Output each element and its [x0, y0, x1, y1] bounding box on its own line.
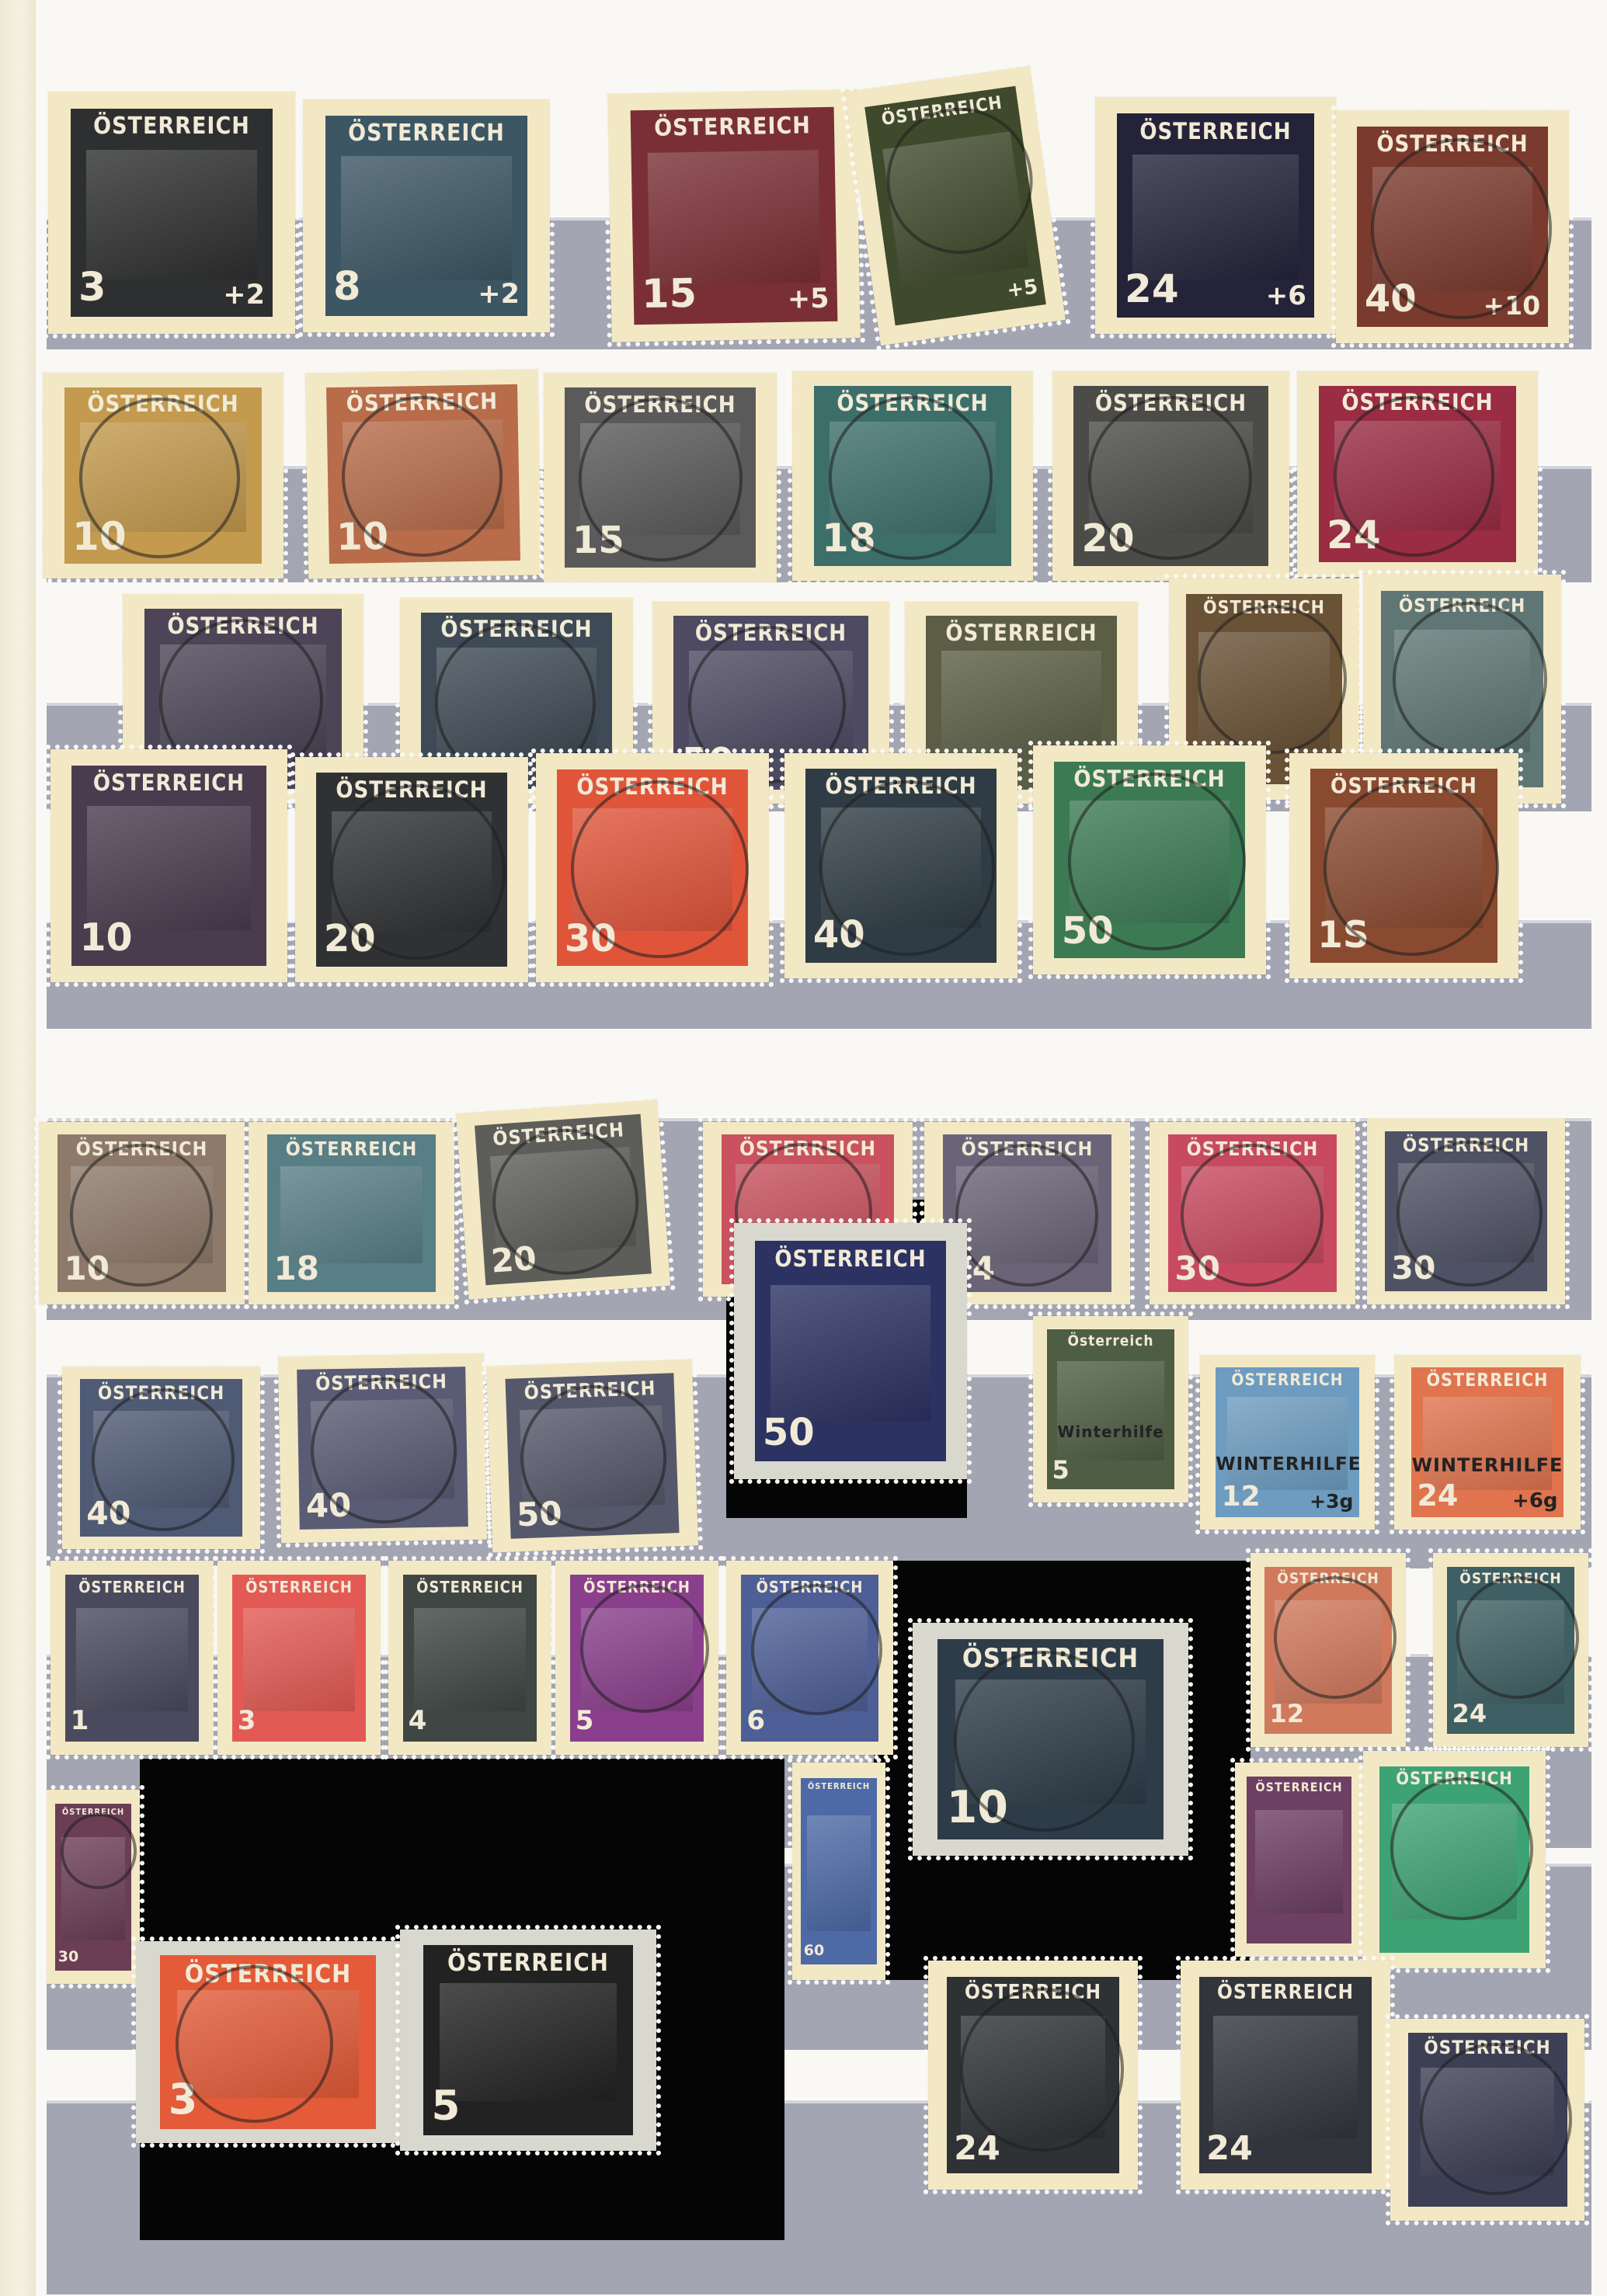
stamp-country-label: ÖSTERREICH: [64, 391, 262, 417]
stamp-vignette: [332, 811, 492, 932]
stamp-design: ÖSTERREICH5: [570, 1575, 704, 1742]
stamp-country-label: ÖSTERREICH: [160, 1959, 377, 1989]
stamp-design: ÖSTERREICH24: [1319, 386, 1516, 563]
stamp[interactable]: ÖSTERREICH60: [792, 1763, 885, 1980]
stamp[interactable]: ÖSTERREICH40+10: [1336, 110, 1569, 343]
stamp-vignette: [520, 1405, 665, 1509]
stamp-country-label: ÖSTERREICH: [297, 1370, 466, 1395]
stamp[interactable]: ÖSTERREICH20: [1052, 371, 1289, 581]
stamp-design: ÖSTERREICH50: [1054, 762, 1245, 959]
stamp-denomination: 6: [746, 1705, 765, 1736]
stamp-country-label: ÖSTERREICH: [1411, 1370, 1564, 1391]
stamp-vignette: [177, 1990, 359, 2098]
stamp-design: ÖSTERREICH50: [755, 1241, 946, 1461]
stamp-denomination: 3: [78, 265, 106, 311]
stamp[interactable]: ÖSTERREICH15: [544, 373, 777, 582]
stamp-vignette: [160, 644, 326, 756]
stamp-vignette: [807, 1815, 871, 1931]
stamp-design: ÖSTERREICH30: [1168, 1134, 1337, 1291]
stamp[interactable]: ÖSTERREICH24: [1297, 371, 1538, 577]
stamp-surcharge: +6g: [1512, 1489, 1558, 1513]
stamp-design: ÖSTERREICH: [1408, 2033, 1567, 2207]
stamp[interactable]: ÖSTERREICH10: [305, 369, 542, 578]
stamp-denomination: 24: [954, 2129, 1000, 2168]
stamp-design: ÖSTERREICH40: [80, 1379, 242, 1536]
stamp[interactable]: ÖSTERREICH40: [278, 1353, 487, 1544]
stamp-design: ÖSTERREICH24+6: [1117, 113, 1314, 317]
stamp-design: ÖSTERREICH18: [267, 1134, 436, 1291]
stamp-design: ÖSTERREICH10: [57, 1134, 226, 1291]
stamp-country-label: ÖSTERREICH: [570, 1578, 704, 1596]
stamp-vignette: [1227, 1397, 1348, 1490]
stamp-vignette: [1070, 801, 1230, 922]
stamp-vignette: [882, 131, 1028, 284]
stamp-denomination: 40: [86, 1495, 130, 1532]
stamp-country-label: ÖSTERREICH: [805, 773, 997, 799]
stamp-denomination: 4: [409, 1705, 427, 1736]
stamp-country-label: ÖSTERREICH: [1357, 130, 1548, 157]
stamp-design: ÖSTERREICH6: [741, 1575, 878, 1742]
stamp[interactable]: ÖSTERREICH20: [295, 757, 528, 982]
stamp-vignette: [440, 1983, 616, 2101]
stamp-country-label: Österreich: [1047, 1332, 1174, 1349]
stamp[interactable]: ÖSTERREICH18: [792, 371, 1033, 581]
stamp-denomination: 18: [274, 1249, 319, 1287]
stamp[interactable]: ÖSTERREICH3+2: [48, 92, 295, 334]
stamp-country-label: ÖSTERREICH: [673, 620, 868, 646]
stamp-design: ÖSTERREICH24+6gWINTERHILFE: [1411, 1367, 1564, 1518]
stamp-design: ÖSTERREICH20: [1073, 386, 1268, 566]
stamp-design: Österreich5Winterhilfe: [1047, 1329, 1174, 1489]
stamp-vignette: [770, 1285, 931, 1422]
stamp[interactable]: ÖSTERREICH3: [217, 1561, 381, 1755]
stamp-country-label: ÖSTERREICH: [1073, 390, 1268, 416]
stamp-design: ÖSTERREICH30: [1385, 1131, 1547, 1291]
stamp-vignette: [1457, 1600, 1564, 1704]
stamp-country-label: ÖSTERREICH: [1264, 1570, 1392, 1587]
stamp-design: ÖSTERREICH24: [1199, 1977, 1371, 2174]
stamp-surcharge: +6: [1266, 280, 1306, 311]
stamp[interactable]: ÖSTERREICH6: [726, 1561, 893, 1755]
stamp-denomination: 20: [324, 917, 376, 960]
stamp-vignette: [87, 806, 250, 930]
stamp-vignette: [647, 151, 820, 286]
stamp-country-label: ÖSTERREICH: [475, 1117, 642, 1151]
stamp-country-label: ÖSTERREICH: [722, 1138, 893, 1161]
stamp-vignette: [341, 156, 511, 280]
stamp-design: ÖSTERREICH1S: [1310, 769, 1498, 962]
stamp-design: ÖSTERREICH3: [160, 1955, 377, 2129]
stamp-surcharge: +2: [223, 280, 265, 311]
stamp-vignette: [1372, 167, 1533, 291]
stamp-design: ÖSTERREICH50: [505, 1373, 679, 1539]
stamp-denomination: 30: [1391, 1249, 1435, 1287]
stamp-denomination: 40: [305, 1486, 351, 1525]
stamp-country-label: ÖSTERREICH: [755, 1245, 946, 1272]
stamp-denomination: 20: [489, 1239, 537, 1280]
stamp-country-label: ÖSTERREICH: [505, 1376, 674, 1405]
stamp-country-label: ÖSTERREICH: [423, 1949, 634, 1977]
stamp-country-label: ÖSTERREICH: [65, 1578, 199, 1596]
stamp-country-label: ÖSTERREICH: [565, 391, 756, 418]
album-binding: [0, 0, 37, 2296]
stamp[interactable]: ÖSTERREICH30: [536, 753, 769, 982]
stamp-vignette: [76, 1608, 189, 1711]
stamp-design: ÖSTERREICH: [1247, 1777, 1351, 1943]
stamp-country-label: ÖSTERREICH: [1216, 1370, 1359, 1389]
stamp-surcharge: +5: [1006, 276, 1040, 303]
stamp-design: ÖSTERREICH8+2: [325, 116, 528, 316]
stamp-design: ÖSTERREICH1: [65, 1575, 199, 1742]
stamp-design: ÖSTERREICH40: [297, 1367, 468, 1530]
stamp-denomination: 24: [1327, 512, 1381, 558]
stamp-country-label: ÖSTERREICH: [1447, 1570, 1574, 1587]
stamp[interactable]: ÖSTERREICH: [1235, 1763, 1363, 1957]
stamp-vignette: [1057, 1361, 1164, 1461]
stamp[interactable]: ÖSTERREICH12+3gWINTERHILFE: [1200, 1355, 1375, 1530]
strip-edge: [47, 1117, 1591, 1121]
stamp-denomination: 10: [64, 1249, 110, 1287]
stamp[interactable]: ÖSTERREICH10: [913, 1623, 1188, 1856]
stamp[interactable]: ÖSTERREICH1: [50, 1561, 214, 1755]
stamp-denomination: 15: [572, 519, 624, 562]
stamp-denomination: 24: [1452, 1699, 1487, 1728]
stamp-denomination: 40: [813, 913, 865, 957]
stamp-country-label: ÖSTERREICH: [947, 1981, 1118, 2004]
stamp-denomination: 8: [333, 264, 361, 310]
stamp[interactable]: ÖSTERREICH24+6gWINTERHILFE: [1394, 1355, 1581, 1530]
stamp-vignette: [437, 648, 597, 757]
stamp-design: ÖSTERREICH24: [943, 1134, 1111, 1291]
stamp[interactable]: ÖSTERREICH1S: [1289, 753, 1518, 978]
stamp-design: ÖSTERREICH10: [64, 387, 262, 564]
stamp-country-label: ÖSTERREICH: [937, 1643, 1164, 1674]
stamp-denomination: 20: [1081, 516, 1134, 561]
stamp-country-label: ÖSTERREICH: [1379, 1770, 1529, 1789]
stamp-design: ÖSTERREICH40: [805, 769, 997, 962]
stamp-vignette: [1423, 1397, 1551, 1490]
stamp-vignette: [1132, 155, 1299, 281]
stamp-design: ÖSTERREICH30: [55, 1804, 131, 1971]
stamp-vignette: [961, 2016, 1105, 2138]
stamp[interactable]: ÖSTERREICH10: [50, 749, 287, 982]
stamp-design: ÖSTERREICH20: [475, 1114, 651, 1286]
stamp-denomination: 1S: [1317, 914, 1369, 957]
stamp-design: ÖSTERREICH4: [403, 1575, 537, 1742]
stamp-denomination: 5: [576, 1705, 594, 1736]
stamp-denomination: 5: [1052, 1455, 1070, 1485]
stamp-denomination: 18: [822, 516, 876, 561]
stamp-country-label: ÖSTERREICH: [55, 1807, 131, 1817]
stamp-design: ÖSTERREICH24: [1447, 1567, 1574, 1734]
stamp[interactable]: ÖSTERREICH8+2: [303, 99, 550, 332]
stamp-denomination: 24: [1206, 2129, 1253, 2168]
stamp-vignette: [1325, 808, 1483, 928]
stamp-vignette: [941, 651, 1102, 759]
stamp-design: ÖSTERREICH60: [801, 1778, 877, 1965]
stamp-country-label: ÖSTERREICH: [943, 1138, 1111, 1160]
stamp[interactable]: ÖSTERREICH24+6: [1095, 97, 1336, 334]
stamp-design: ÖSTERREICH30: [557, 769, 748, 967]
stamp-vignette: [1198, 632, 1330, 750]
stamp-denomination: 60: [804, 1942, 824, 1959]
stamp-country-label: ÖSTERREICH: [926, 620, 1117, 646]
stamp-vignette: [1398, 1163, 1535, 1263]
stamp-vignette: [86, 150, 256, 279]
stamp-country-label: ÖSTERREICH: [403, 1578, 537, 1596]
stamp[interactable]: ÖSTERREICH10: [39, 1122, 245, 1304]
stamp-design: ÖSTERREICH10: [71, 766, 266, 966]
stamp-design: ÖSTERREICH12: [1264, 1567, 1392, 1734]
stamp-denomination: 1: [71, 1705, 89, 1736]
stamp-denomination: 30: [1175, 1249, 1220, 1287]
stamp-country-label: ÖSTERREICH: [326, 387, 518, 417]
stamp-design: ÖSTERREICH18: [814, 386, 1011, 566]
stamp-country-label: ÖSTERREICH: [325, 120, 528, 147]
stamp-country-label: ÖSTERREICH: [1199, 1981, 1371, 2004]
stamp-country-label: ÖSTERREICH: [232, 1578, 366, 1596]
stamp-design: ÖSTERREICH3+2: [71, 109, 273, 317]
stamp-design: ÖSTERREICH10: [937, 1639, 1164, 1839]
stamp-design: ÖSTERREICH10: [326, 384, 520, 564]
stamp-vignette: [1392, 1804, 1518, 1919]
stamp-denomination: 3: [169, 2075, 198, 2124]
stamp-design: ÖSTERREICH: [1379, 1766, 1529, 1954]
stamp-vignette: [93, 1411, 230, 1508]
stamp-denomination: 30: [58, 1948, 78, 1965]
stamp-denomination: 30: [565, 917, 617, 960]
stamp[interactable]: ÖSTERREICH30: [1367, 1118, 1565, 1304]
stamp[interactable]: ÖSTERREICH15+5: [607, 89, 861, 342]
stamp-overprint: Winterhilfe: [1047, 1422, 1174, 1441]
stamp-vignette: [61, 1837, 126, 1940]
stamp-country-label: ÖSTERREICH: [1381, 595, 1543, 617]
stamp[interactable]: ÖSTERREICH30: [47, 1790, 140, 1984]
stamp-country-label: ÖSTERREICH: [80, 1382, 242, 1404]
stamp-country-label: ÖSTERREICH: [557, 773, 748, 800]
stamp-vignette: [572, 808, 733, 930]
stamp-vignette: [1275, 1600, 1382, 1704]
stamp[interactable]: ÖSTERREICH3: [136, 1941, 400, 2143]
stamp[interactable]: ÖSTERREICH50: [1033, 745, 1266, 974]
stamp-country-label: ÖSTERREICH: [1408, 2037, 1567, 2058]
stamp-denomination: 12: [1270, 1699, 1305, 1728]
stamp-vignette: [243, 1608, 356, 1711]
stamp[interactable]: ÖSTERREICH50: [486, 1359, 698, 1552]
stamp[interactable]: ÖSTERREICH50: [734, 1223, 967, 1479]
stamp-country-label: ÖSTERREICH: [316, 776, 507, 803]
stamp[interactable]: ÖSTERREICH: [1363, 1751, 1546, 1968]
stamp-country-label: ÖSTERREICH: [865, 90, 1020, 131]
stamp-denomination: 50: [516, 1494, 562, 1534]
stamp-denomination: 40: [1365, 277, 1417, 321]
stamp-vignette: [1394, 630, 1531, 752]
stamp-vignette: [490, 1147, 636, 1256]
stamp-country-label: ÖSTERREICH: [741, 1578, 878, 1596]
stamp-denomination: 50: [1062, 909, 1114, 953]
stamp-denomination: 10: [947, 1782, 1008, 1833]
stamp[interactable]: ÖSTERREICH4: [388, 1561, 551, 1755]
stamp-vignette: [1421, 2068, 1554, 2176]
stamp-country-label: ÖSTERREICH: [1385, 1134, 1547, 1156]
stamp[interactable]: ÖSTERREICH20: [456, 1099, 670, 1300]
stamp-country-label: ÖSTERREICH: [1186, 598, 1342, 618]
stamp-denomination: 24: [1125, 266, 1179, 311]
stamp-denomination: 5: [432, 2082, 461, 2130]
stamp[interactable]: ÖSTERREICH: [1390, 2019, 1584, 2221]
stamp-denomination: 3: [238, 1705, 256, 1736]
stamp-country-label: ÖSTERREICH: [71, 769, 266, 796]
stamp-denomination: 12: [1222, 1481, 1261, 1513]
stamp[interactable]: Österreich5Winterhilfe: [1033, 1316, 1188, 1502]
stamp-country-label: ÖSTERREICH: [421, 616, 612, 642]
stamp-country-label: ÖSTERREICH: [814, 390, 1011, 416]
stamp-country-label: ÖSTERREICH: [631, 112, 835, 143]
stamp-design: ÖSTERREICH12+3gWINTERHILFE: [1216, 1367, 1359, 1518]
stamp[interactable]: ÖSTERREICH18: [249, 1122, 454, 1304]
stamp-denomination: 15: [642, 271, 697, 318]
stamp-country-label: ÖSTERREICH: [1117, 118, 1314, 144]
stamp-vignette: [1255, 1810, 1344, 1913]
stamp-country-label: ÖSTERREICH: [801, 1781, 877, 1791]
stamp[interactable]: ÖSTERREICH5: [400, 1930, 656, 2151]
stamp-overprint: WINTERHILFE: [1411, 1454, 1564, 1476]
stamp-surcharge: +3g: [1310, 1490, 1353, 1513]
stamp-country-label: ÖSTERREICH: [1054, 766, 1245, 792]
stamp-country-label: ÖSTERREICH: [1168, 1138, 1337, 1160]
stamp[interactable]: ÖSTERREICH24: [1433, 1553, 1588, 1747]
stamp-vignette: [581, 1608, 694, 1711]
stamp-surcharge: +5: [788, 283, 830, 315]
stamp-design: ÖSTERREICH+5: [864, 86, 1046, 325]
stamp-denomination: 10: [336, 514, 389, 558]
stamp[interactable]: ÖSTERREICH10: [43, 373, 283, 578]
stamp-vignette: [311, 1398, 454, 1500]
stamp-design: ÖSTERREICH40+10: [1357, 127, 1548, 327]
stamp-vignette: [752, 1608, 867, 1711]
stamp-country-label: ÖSTERREICH: [71, 113, 273, 140]
stamp-vignette: [414, 1608, 527, 1711]
stamp[interactable]: ÖSTERREICH30: [1150, 1122, 1355, 1304]
stamp[interactable]: ÖSTERREICH+5: [845, 66, 1066, 346]
stamp[interactable]: ÖSTERREICH40: [784, 753, 1017, 978]
stamp-overprint: WINTERHILFE: [1216, 1454, 1359, 1475]
stamp-country-label: ÖSTERREICH: [1247, 1780, 1351, 1794]
stamp-denomination: 10: [79, 915, 132, 960]
stamp[interactable]: ÖSTERREICH5: [555, 1561, 718, 1755]
stamp-country-label: ÖSTERREICH: [1310, 773, 1498, 798]
stamp-design: ÖSTERREICH3: [232, 1575, 366, 1742]
stamp[interactable]: ÖSTERREICH24: [928, 1961, 1138, 2190]
stamp-design: ÖSTERREICH15: [565, 387, 756, 568]
stamp-country-label: ÖSTERREICH: [267, 1138, 436, 1160]
stamp-vignette: [821, 808, 982, 928]
stamp[interactable]: ÖSTERREICH24: [1181, 1961, 1390, 2190]
stamp[interactable]: ÖSTERREICH40: [62, 1367, 260, 1549]
stamp-denomination: 10: [72, 514, 127, 559]
stamp-denomination: 24: [1417, 1478, 1458, 1513]
stamp[interactable]: ÖSTERREICH12: [1250, 1553, 1406, 1747]
stamp-design: ÖSTERREICH5: [423, 1945, 634, 2135]
stamp-denomination: 50: [763, 1411, 815, 1454]
stamp-surcharge: +2: [478, 279, 520, 310]
stamp-country-label: ÖSTERREICH: [1319, 389, 1516, 415]
stamp-design: ÖSTERREICH24: [947, 1977, 1118, 2174]
stamp-design: ÖSTERREICH15+5: [630, 107, 837, 325]
stamp-design: ÖSTERREICH20: [316, 773, 507, 966]
stamp-country-label: ÖSTERREICH: [57, 1138, 226, 1160]
stamp-surcharge: +10: [1484, 290, 1541, 321]
stamp-country-label: ÖSTERREICH: [144, 613, 342, 639]
stamp-vignette: [1213, 2016, 1358, 2138]
